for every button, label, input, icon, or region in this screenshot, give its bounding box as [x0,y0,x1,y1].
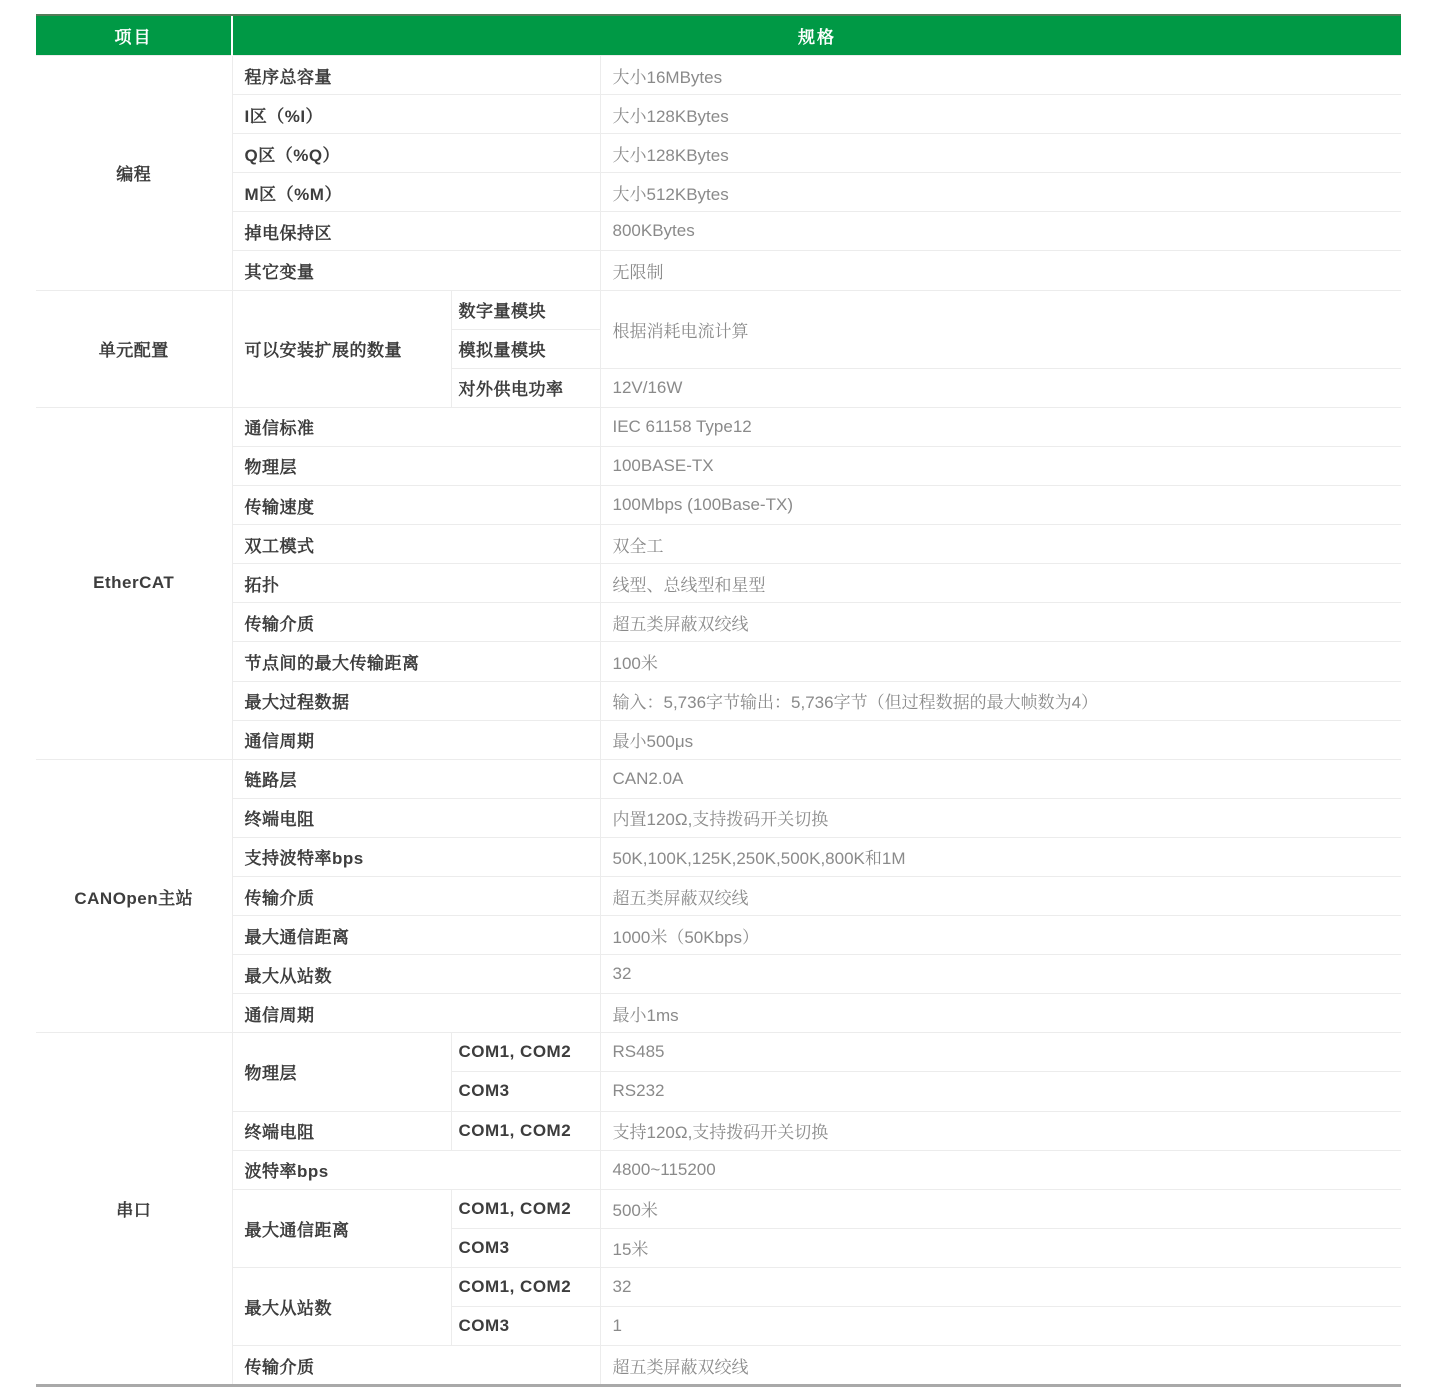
spec-label-cell: 可以安装扩展的数量 [232,290,451,407]
value-cell: 32 [600,1267,1401,1306]
spec-label-cell: 节点间的最大传输距离 [232,642,600,681]
value-cell: 大小128KBytes [600,95,1401,134]
spec-label-cell: 终端电阻 [232,1111,451,1150]
com-label-cell: COM3 [451,1228,600,1267]
table-row: 物理层100BASE-TX [36,446,1401,485]
com-label-cell: COM3 [451,1072,600,1111]
table-row: 传输介质超五类屏蔽双绞线 [36,876,1401,915]
value-cell: 线型、总线型和星型 [600,564,1401,603]
spec-label-cell: Q区（%Q） [232,134,600,173]
spec-label-cell: 双工模式 [232,525,600,564]
spec-label-cell: 波特率bps [232,1150,600,1189]
table-row: 支持波特率bps50K,100K,125K,250K,500K,800K和1M [36,837,1401,876]
value-cell: 32 [600,955,1401,994]
value-cell: 1 [600,1307,1401,1346]
spec-label-cell: 最大过程数据 [232,681,600,720]
value-cell: 最小1ms [600,994,1401,1033]
table-row: 最大从站数32 [36,955,1401,994]
spec-label-cell: 最大通信距离 [232,1189,451,1267]
value-cell: 50K,100K,125K,250K,500K,800K和1M [600,837,1401,876]
header-item-cell: 项目 [36,15,232,56]
com-label-cell: 对外供电功率 [451,368,600,407]
value-cell: RS232 [600,1072,1401,1111]
com-label-cell: 数字量模块 [451,290,600,329]
table-row: 传输介质超五类屏蔽双绞线 [36,1346,1401,1386]
table-row: 其它变量无限制 [36,251,1401,290]
table-row: 掉电保持区800KBytes [36,212,1401,251]
value-cell: 大小16MBytes [600,56,1401,95]
value-cell: RS485 [600,1033,1401,1072]
table-row: 终端电阻内置120Ω,支持拨码开关切换 [36,798,1401,837]
value-cell: 输入：5,736字节输出：5,736字节（但过程数据的最大帧数为4） [600,681,1401,720]
spec-label-cell: 掉电保持区 [232,212,600,251]
value-cell: 超五类屏蔽双绞线 [600,603,1401,642]
spec-label-cell: 最大通信距离 [232,916,600,955]
spec-label-cell: 传输介质 [232,603,600,642]
spec-label-cell: 通信周期 [232,994,600,1033]
table-row: 传输介质超五类屏蔽双绞线 [36,603,1401,642]
spec-label-cell: 拓扑 [232,564,600,603]
table-row: 单元配置可以安装扩展的数量数字量模块根据消耗电流计算 [36,290,1401,329]
table-row: CANOpen主站链路层CAN2.0A [36,759,1401,798]
spec-label-cell: 最大从站数 [232,1267,451,1345]
spec-table-container: 项目 规格 编程程序总容量大小16MBytesI区（%I）大小128KBytes… [36,14,1401,1387]
spec-label-cell: 支持波特率bps [232,837,600,876]
value-cell: 最小500μs [600,720,1401,759]
table-row: 最大从站数COM1, COM232 [36,1267,1401,1306]
value-cell: CAN2.0A [600,759,1401,798]
group-cell: 串口 [36,1033,232,1386]
com-label-cell: COM1, COM2 [451,1189,600,1228]
value-cell: IEC 61158 Type12 [600,407,1401,446]
group-cell: 单元配置 [36,290,232,407]
spec-label-cell: 其它变量 [232,251,600,290]
spec-label-cell: 通信标准 [232,407,600,446]
spec-table: 项目 规格 编程程序总容量大小16MBytesI区（%I）大小128KBytes… [36,14,1401,1387]
group-cell: EtherCAT [36,407,232,759]
value-cell: 无限制 [600,251,1401,290]
table-row: M区（%M）大小512KBytes [36,173,1401,212]
value-cell: 1000米（50Kbps） [600,916,1401,955]
value-cell: 根据消耗电流计算 [600,290,1401,368]
com-label-cell: COM3 [451,1307,600,1346]
table-row: 终端电阻COM1, COM2支持120Ω,支持拨码开关切换 [36,1111,1401,1150]
table-row: EtherCAT通信标准IEC 61158 Type12 [36,407,1401,446]
value-cell: 500米 [600,1189,1401,1228]
value-cell: 12V/16W [600,368,1401,407]
value-cell: 超五类屏蔽双绞线 [600,876,1401,915]
com-label-cell: 模拟量模块 [451,329,600,368]
table-row: 串口物理层COM1, COM2RS485 [36,1033,1401,1072]
spec-label-cell: 最大从站数 [232,955,600,994]
spec-label-cell: 传输介质 [232,1346,600,1386]
table-row: 编程程序总容量大小16MBytes [36,56,1401,95]
table-row: 双工模式双全工 [36,525,1401,564]
spec-label-cell: 传输速度 [232,486,600,525]
value-cell: 超五类屏蔽双绞线 [600,1346,1401,1386]
spec-label-cell: 通信周期 [232,720,600,759]
spec-label-cell: 终端电阻 [232,798,600,837]
spec-table-body: 编程程序总容量大小16MBytesI区（%I）大小128KBytesQ区（%Q）… [36,56,1401,1386]
spec-label-cell: 程序总容量 [232,56,600,95]
spec-label-cell: 链路层 [232,759,600,798]
spec-label-cell: 物理层 [232,446,600,485]
value-cell: 15米 [600,1228,1401,1267]
com-label-cell: COM1, COM2 [451,1033,600,1072]
table-row: 传输速度100Mbps (100Base-TX) [36,486,1401,525]
com-label-cell: COM1, COM2 [451,1111,600,1150]
table-row: 最大通信距离1000米（50Kbps） [36,916,1401,955]
table-row: 拓扑线型、总线型和星型 [36,564,1401,603]
table-row: 通信周期最小500μs [36,720,1401,759]
value-cell: 支持120Ω,支持拨码开关切换 [600,1111,1401,1150]
table-row: 最大通信距离COM1, COM2500米 [36,1189,1401,1228]
value-cell: 100BASE-TX [600,446,1401,485]
value-cell: 100Mbps (100Base-TX) [600,486,1401,525]
table-row: I区（%I）大小128KBytes [36,95,1401,134]
spec-label-cell: I区（%I） [232,95,600,134]
value-cell: 大小512KBytes [600,173,1401,212]
group-cell: 编程 [36,56,232,291]
value-cell: 双全工 [600,525,1401,564]
value-cell: 大小128KBytes [600,134,1401,173]
group-cell: CANOpen主站 [36,759,232,1033]
header-spec-cell: 规格 [232,15,1401,56]
header-row: 项目 规格 [36,15,1401,56]
table-row: Q区（%Q）大小128KBytes [36,134,1401,173]
table-row: 最大过程数据输入：5,736字节输出：5,736字节（但过程数据的最大帧数为4） [36,681,1401,720]
value-cell: 4800~115200 [600,1150,1401,1189]
spec-label-cell: M区（%M） [232,173,600,212]
spec-label-cell: 物理层 [232,1033,451,1111]
value-cell: 100米 [600,642,1401,681]
spec-label-cell: 传输介质 [232,876,600,915]
value-cell: 800KBytes [600,212,1401,251]
com-label-cell: COM1, COM2 [451,1267,600,1306]
value-cell: 内置120Ω,支持拨码开关切换 [600,798,1401,837]
table-row: 节点间的最大传输距离100米 [36,642,1401,681]
table-row: 通信周期最小1ms [36,994,1401,1033]
table-row: 波特率bps4800~115200 [36,1150,1401,1189]
